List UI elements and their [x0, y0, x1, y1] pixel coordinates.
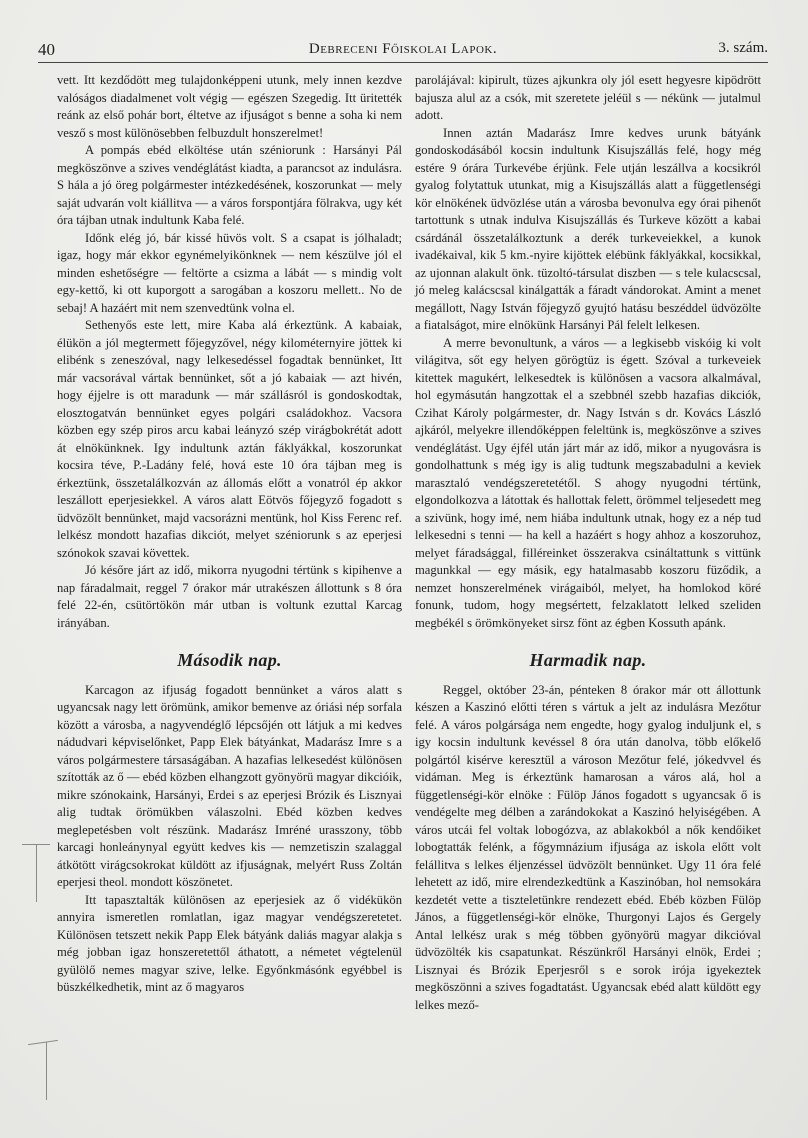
paragraph: parolájával: kipirult, tüzes ajkunkra ol… [415, 72, 761, 125]
left-column: vett. Itt kezdődött meg tulajdonképpeni … [57, 72, 402, 997]
paragraph: Itt tapasztalták különösen az eperjesiek… [57, 892, 402, 997]
paragraph: vett. Itt kezdődött meg tulajdonképpeni … [57, 72, 402, 142]
journal-title: Debreceni Főiskolai Lapok. [38, 41, 768, 58]
paragraph: Reggel, október 23-án, pénteken 8 órakor… [415, 682, 761, 1015]
paragraph: A merre bevonultunk, a város — a legkise… [415, 335, 761, 633]
paragraph: Innen aztán Madarász Imre kedves urunk b… [415, 125, 761, 335]
paragraph: Karcagon az ifjuság fogadott bennünket a… [57, 682, 402, 892]
pencil-mark [36, 844, 37, 902]
pencil-mark [28, 1040, 58, 1045]
issue-number: 3. szám. [718, 40, 768, 57]
page-header: 40 Debreceni Főiskolai Lapok. 3. szám. [38, 38, 768, 63]
section-heading-masodik-nap: Második nap. [57, 652, 402, 670]
pencil-mark [46, 1042, 47, 1100]
paragraph: Időnk elég jó, bár kissé hüvös volt. S a… [57, 230, 402, 318]
section-heading-harmadik-nap: Harmadik nap. [415, 652, 761, 670]
right-column: parolájával: kipirult, tüzes ajkunkra ol… [415, 72, 761, 1014]
paragraph: Sethenyős este lett, mire Kaba alá érkez… [57, 317, 402, 562]
paragraph: Jó későre járt az idő, mikorra nyugodni … [57, 562, 402, 632]
paragraph: A pompás ebéd elköltése után széniorunk … [57, 142, 402, 230]
newspaper-page: 40 Debreceni Főiskolai Lapok. 3. szám. v… [0, 0, 808, 1138]
